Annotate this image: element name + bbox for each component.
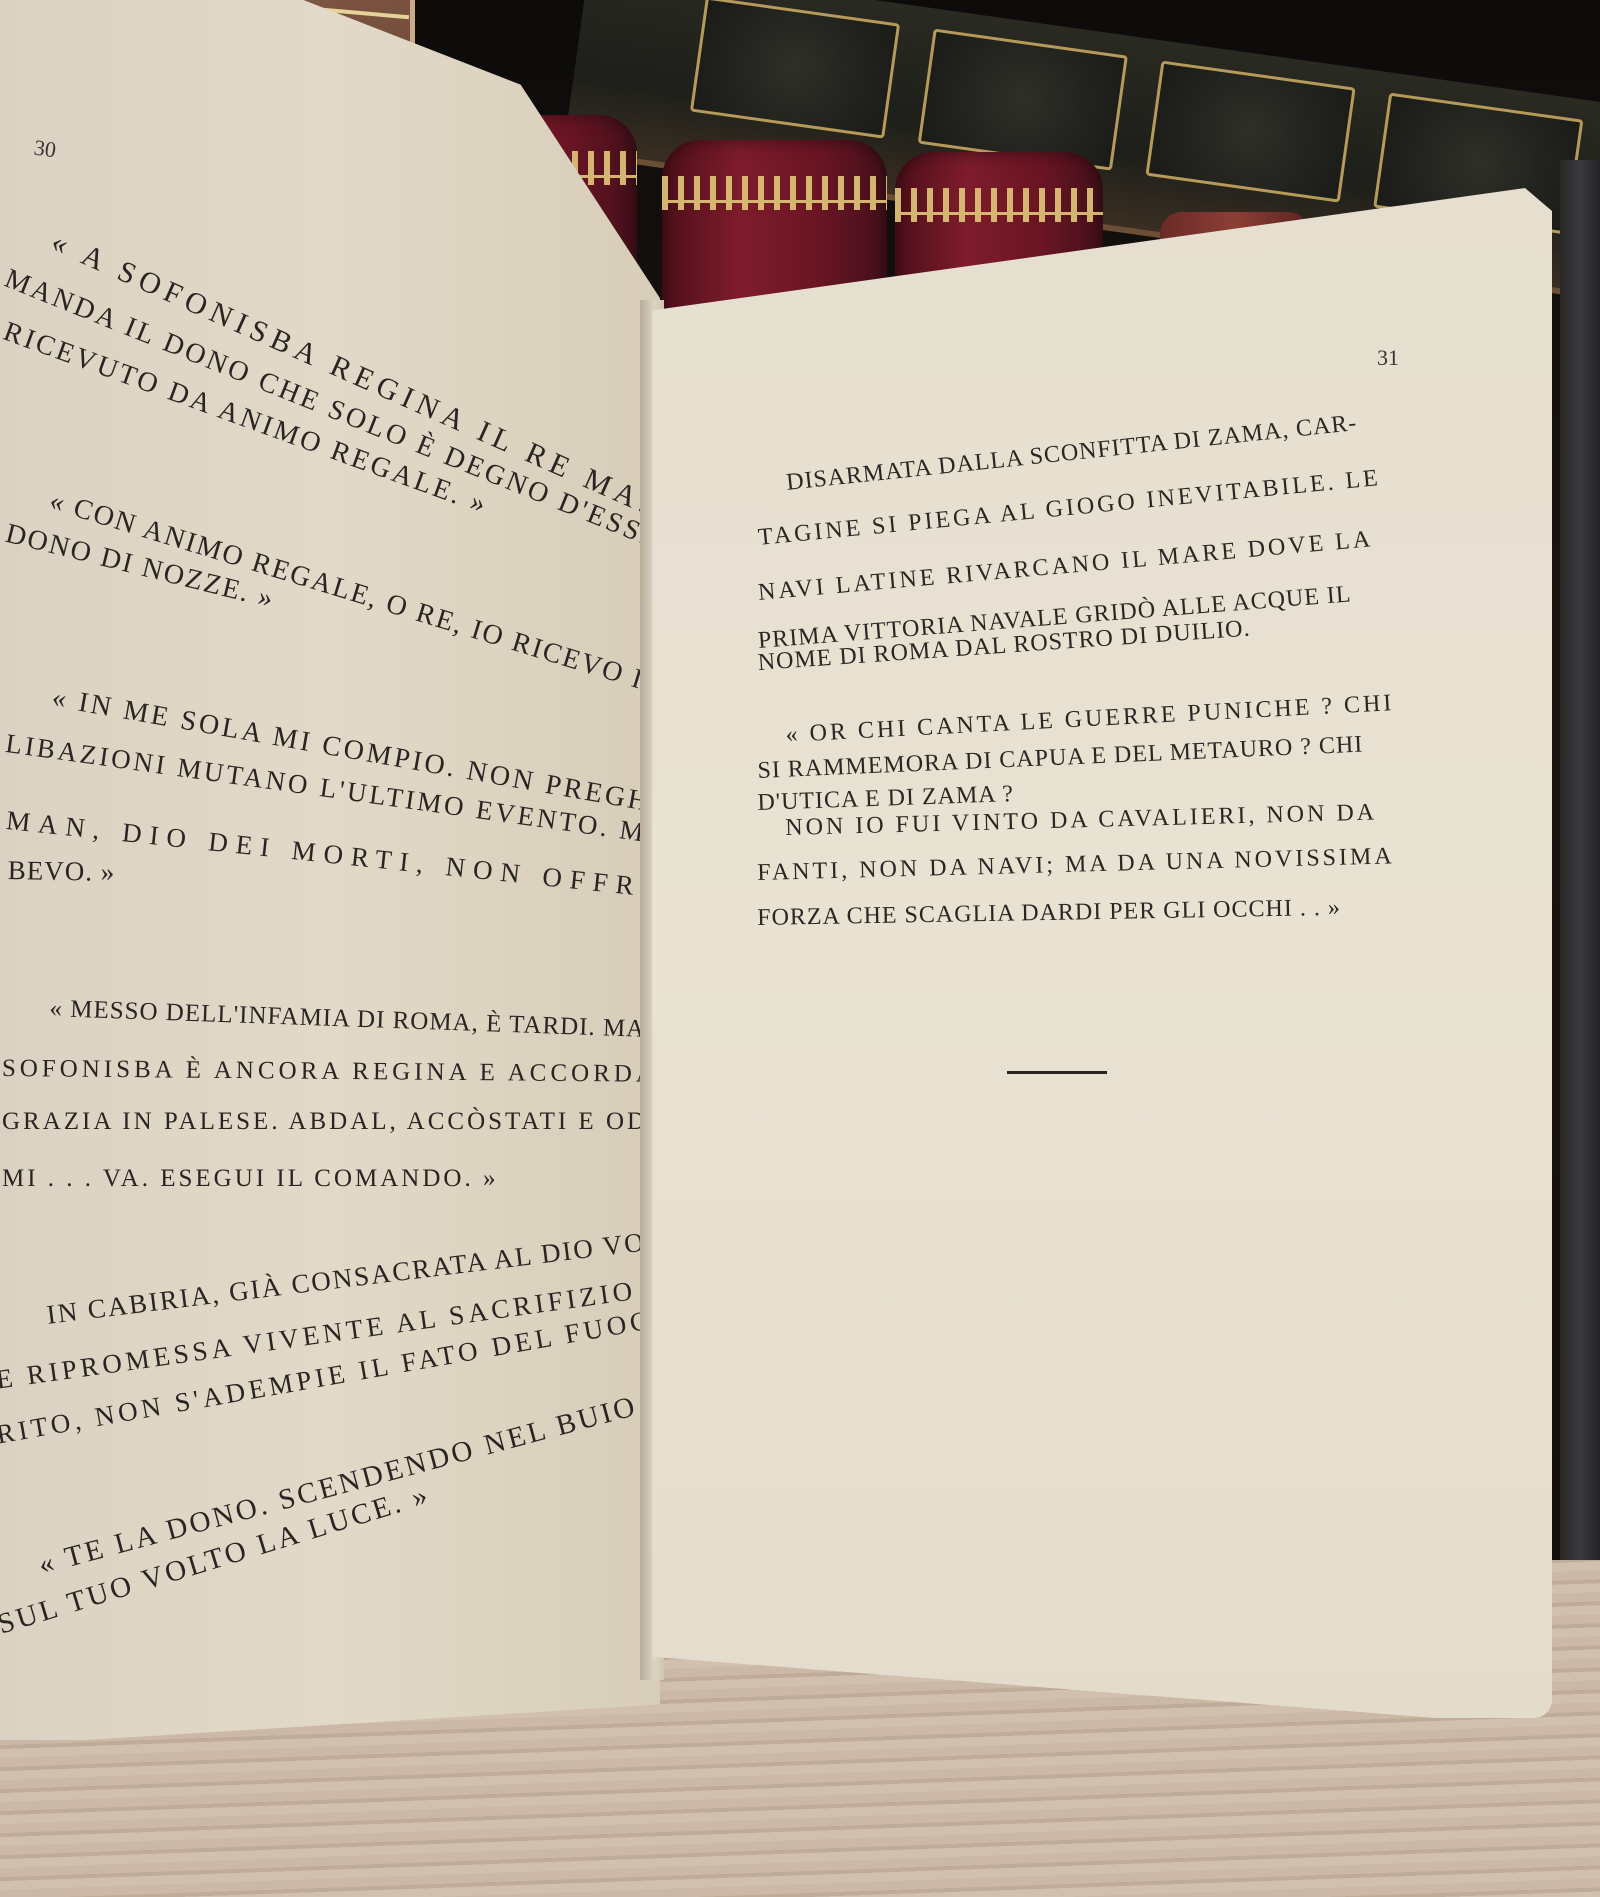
text-line: BEVO. » [7,855,115,888]
page-number-left: 30 [32,135,57,164]
text-line: GRAZIA IN PALESE. ABDAL, ACCÒSTATI E ODI… [2,1108,671,1136]
page-number-right: 31 [1377,345,1399,371]
gilt-panel [1145,61,1355,203]
right-page-paper [652,188,1552,1718]
photo-scene: 30 « A SOFONISBA REGINA IL RE MASSINISSA… [0,0,1600,1897]
gilt-panel [690,0,900,139]
text-line: MI . . . VA. ESEGUI IL COMANDO. » [2,1165,498,1193]
gilt-panel [918,29,1128,171]
dark-book-edge [1560,160,1600,1600]
section-divider-rule [1007,1071,1107,1074]
gilt-band [662,176,887,210]
gilt-band [895,188,1103,222]
